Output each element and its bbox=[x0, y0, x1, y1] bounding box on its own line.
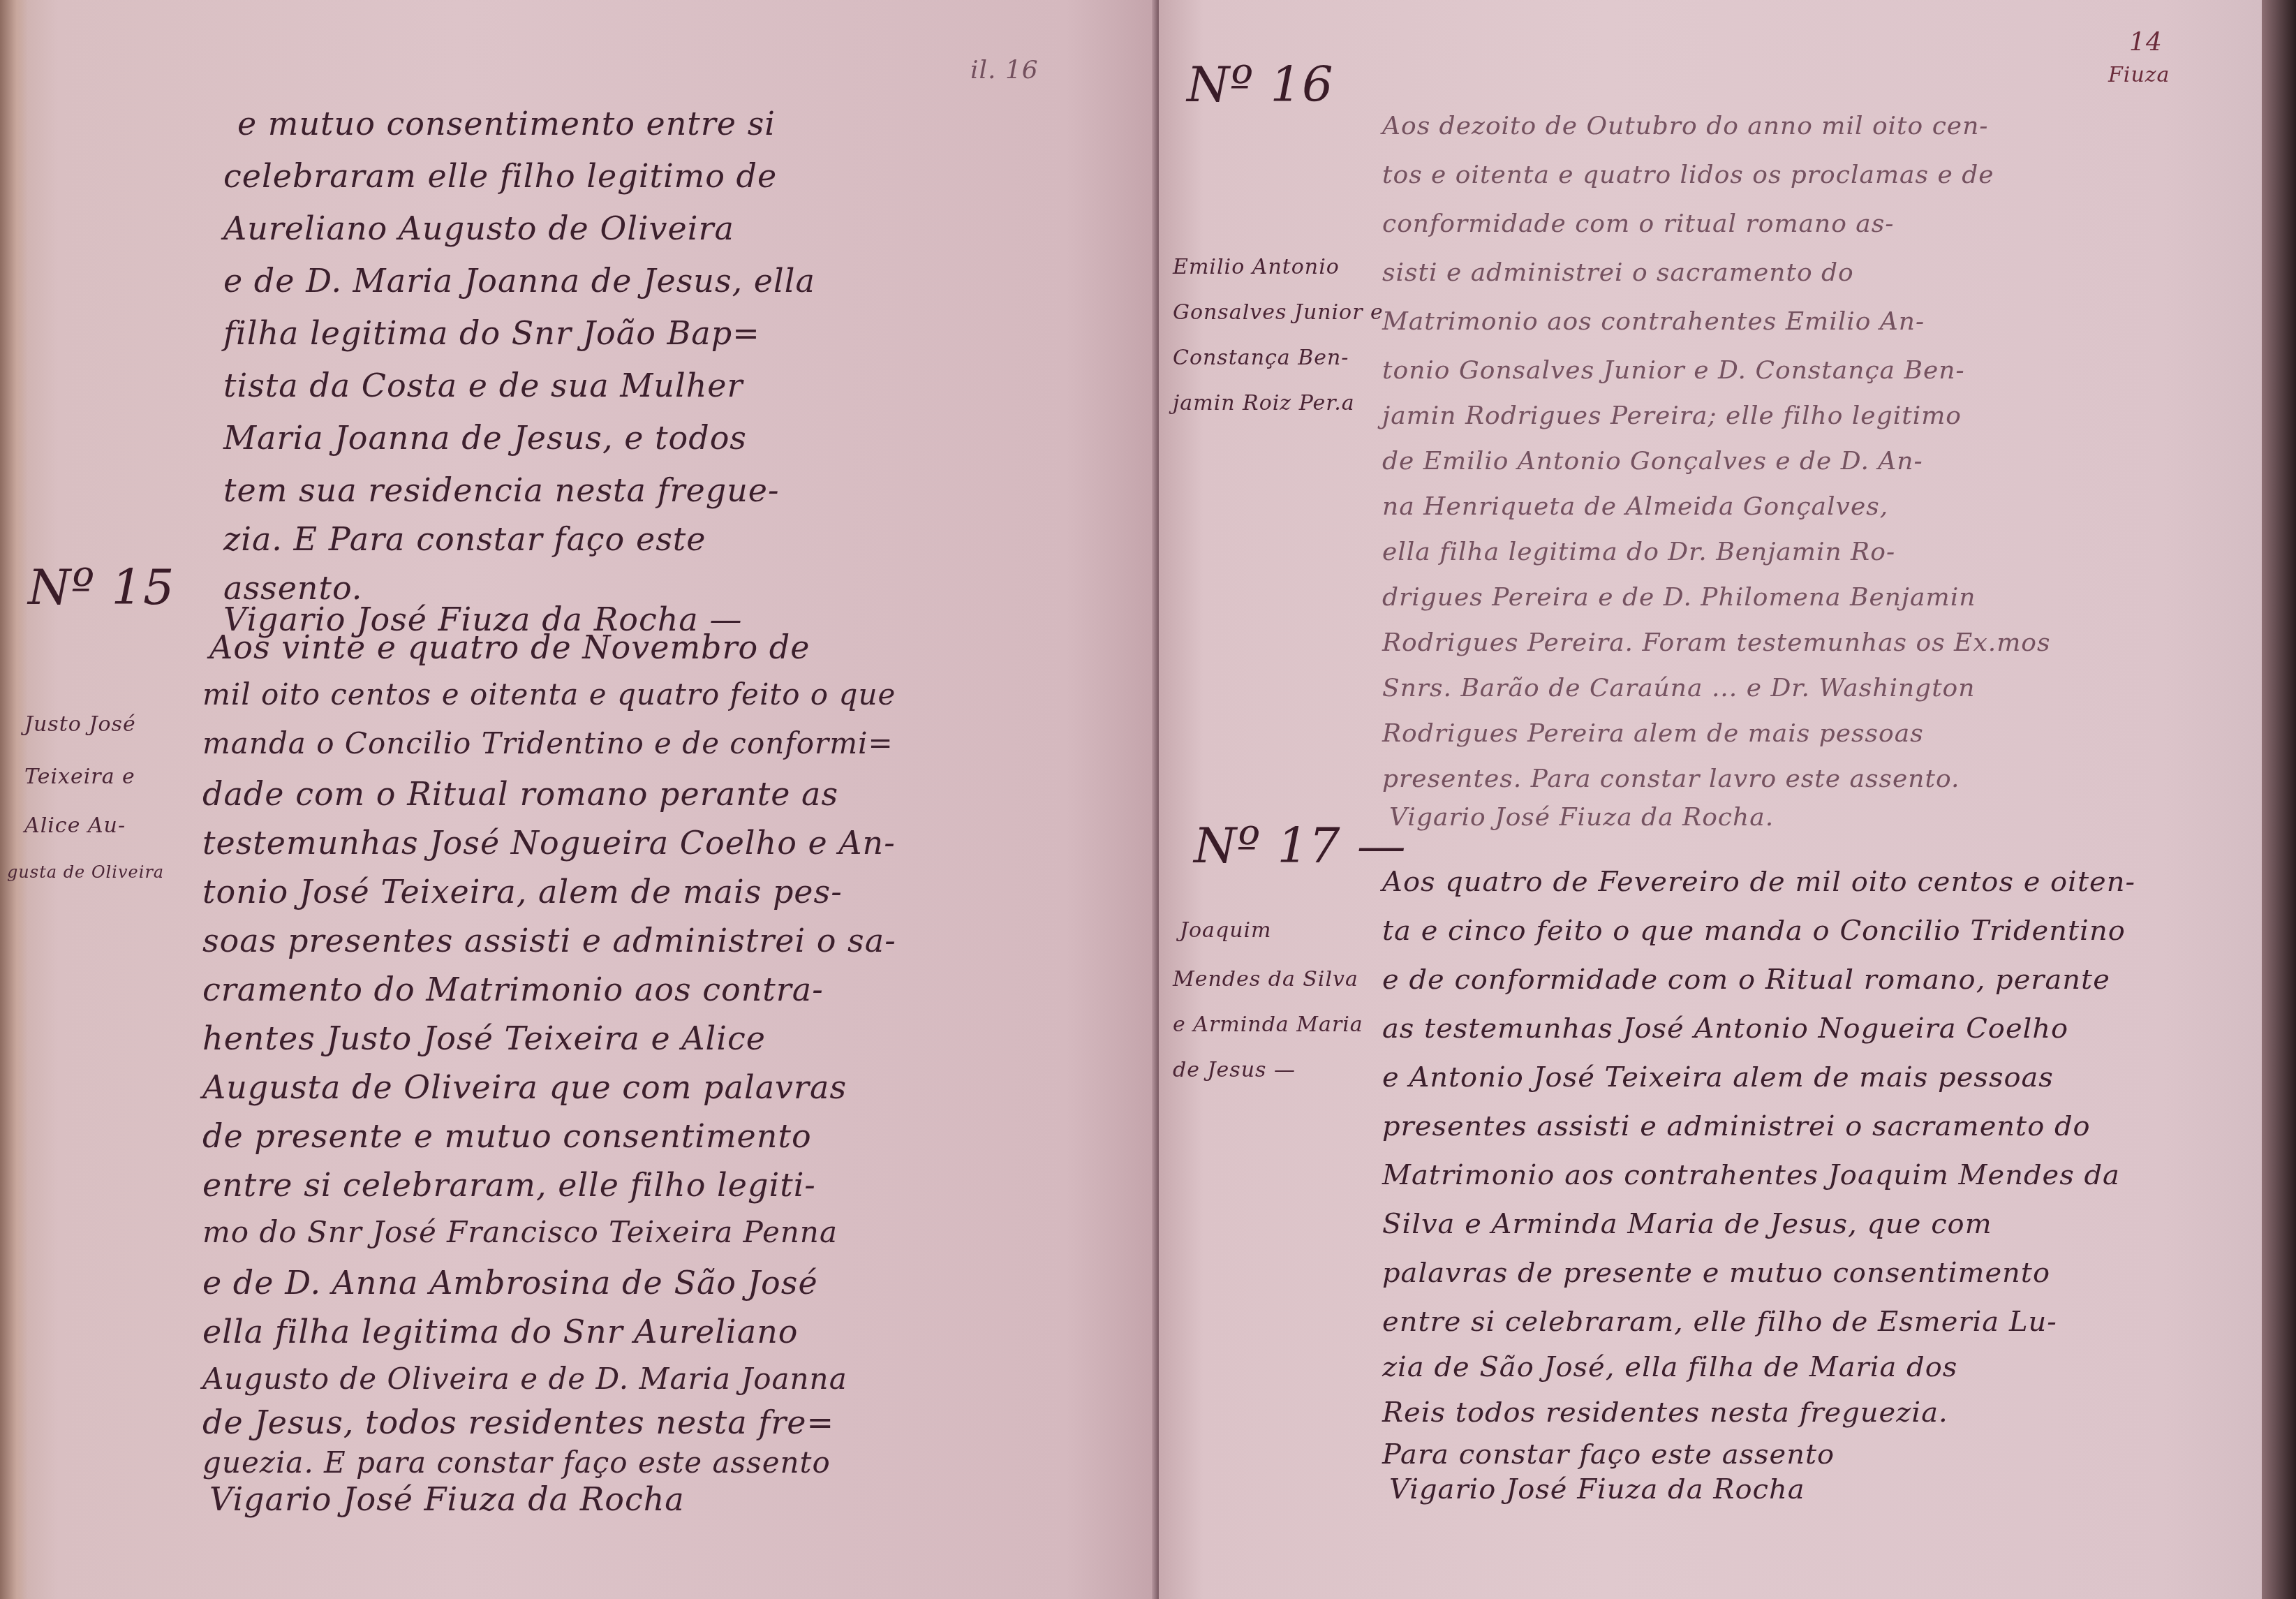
margin-note: Alice Au- bbox=[24, 813, 126, 838]
text-line: de Emilio Antonio Gonçalves e de D. An- bbox=[1382, 447, 1923, 476]
text-line: Aos quatro de Fevereiro de mil oito cent… bbox=[1382, 866, 2135, 898]
text-line: Matrimonio aos contrahentes Joaquim Mend… bbox=[1382, 1159, 2120, 1191]
left-page-edge bbox=[0, 0, 28, 1599]
folio-signature: Fiuza bbox=[2108, 63, 2170, 87]
right-page-edge bbox=[2262, 0, 2296, 1599]
text-line: drigues Pereira e de D. Philomena Benjam… bbox=[1382, 583, 1976, 612]
margin-note: Mendes da Silva bbox=[1173, 967, 1358, 992]
text-line: tem sua residencia nesta fregue- bbox=[223, 471, 780, 509]
text-line: mo do Snr José Francisco Teixeira Penna bbox=[202, 1215, 838, 1249]
margin-note: e Arminda Maria bbox=[1173, 1012, 1363, 1037]
text-line: entre si celebraram, elle filho legiti- bbox=[202, 1166, 816, 1204]
text-line: jamin Rodrigues Pereira; elle filho legi… bbox=[1382, 401, 1962, 430]
text-line: tonio Gonsalves Junior e D. Constança Be… bbox=[1382, 356, 1965, 385]
text-line: Aureliano Augusto de Oliveira bbox=[223, 209, 734, 247]
margin-note: Teixeira e bbox=[24, 765, 135, 789]
text-line: presentes assisti e administrei o sacram… bbox=[1382, 1110, 2091, 1142]
text-line: de presente e mutuo consentimento bbox=[202, 1117, 812, 1155]
text-line: na Henriqueta de Almeida Gonçalves, bbox=[1382, 492, 1888, 521]
text-line: soas presentes assisti e administrei o s… bbox=[202, 922, 896, 959]
text-line: manda o Concilio Tridentino e de conform… bbox=[202, 726, 894, 760]
text-line: Silva e Arminda Maria de Jesus, que com bbox=[1382, 1208, 1992, 1240]
folio-number: 14 bbox=[2129, 28, 2163, 57]
text-line: as testemunhas José Antonio Nogueira Coe… bbox=[1382, 1012, 2068, 1045]
text-line: ella filha legitima do Snr Aureliano bbox=[202, 1313, 799, 1350]
text-line: guezia. E para constar faço este assento bbox=[202, 1445, 831, 1480]
text-line: celebraram elle filho legitimo de bbox=[223, 157, 777, 195]
signature: Vigario José Fiuza da Rocha bbox=[1389, 1473, 1805, 1505]
text-line: hentes Justo José Teixeira e Alice bbox=[202, 1019, 766, 1057]
text-line: de Jesus, todos residentes nesta fre= bbox=[202, 1403, 834, 1441]
entry-number: Nº 15 bbox=[28, 559, 175, 616]
text-line: Aos vinte e quatro de Novembro de bbox=[209, 628, 810, 666]
text-line: Snrs. Barão de Caraúna ... e Dr. Washing… bbox=[1382, 674, 1975, 702]
text-line: Rodrigues Pereira alem de mais pessoas bbox=[1382, 719, 1924, 748]
margin-note: gusta de Oliveira bbox=[7, 862, 164, 882]
text-line: conformidade com o ritual romano as- bbox=[1382, 209, 1894, 238]
margin-note: Gonsalves Junior e bbox=[1173, 300, 1384, 325]
text-line: e Antonio José Teixeira alem de mais pes… bbox=[1382, 1061, 2054, 1093]
text-line: Rodrigues Pereira. Foram testemunhas os … bbox=[1382, 628, 2050, 657]
text-line: cramento do Matrimonio aos contra- bbox=[202, 971, 824, 1008]
text-line: tista da Costa e de sua Mulher bbox=[223, 367, 743, 404]
left-page: il. 16 e mutuo consentimento entre si ce… bbox=[0, 0, 1159, 1599]
text-line: e de conformidade com o Ritual romano, p… bbox=[1382, 964, 2110, 996]
text-line: Augusta de Oliveira que com palavras bbox=[202, 1068, 847, 1106]
text-line: Augusto de Oliveira e de D. Maria Joanna bbox=[202, 1362, 847, 1396]
text-line: Para constar faço este assento bbox=[1382, 1438, 1835, 1471]
text-line: presentes. Para constar lavro este assen… bbox=[1382, 765, 1960, 793]
text-line: e mutuo consentimento entre si bbox=[237, 105, 776, 142]
text-line: ella filha legitima do Dr. Benjamin Ro- bbox=[1382, 538, 1895, 566]
text-line: testemunhas José Nogueira Coelho e An- bbox=[202, 824, 896, 862]
text-line: tonio José Teixeira, alem de mais pes- bbox=[202, 873, 843, 911]
signature: Vigario José Fiuza da Rocha bbox=[209, 1480, 685, 1518]
margin-note: de Jesus — bbox=[1173, 1058, 1296, 1082]
entry-number: Nº 17 — bbox=[1194, 817, 1407, 874]
text-line: e de D. Maria Joanna de Jesus, ella bbox=[223, 262, 815, 300]
text-line: dade com o Ritual romano perante as bbox=[202, 775, 838, 813]
text-line: mil oito centos e oitenta e quatro feito… bbox=[202, 677, 896, 712]
margin-note: Constança Ben- bbox=[1173, 346, 1349, 370]
entry-number: Nº 16 bbox=[1187, 56, 1334, 113]
right-page: 14 Fiuza Nº 16 Emilio Antonio Gonsalves … bbox=[1159, 0, 2276, 1599]
text-line: palavras de presente e mutuo consentimen… bbox=[1382, 1257, 2050, 1289]
margin-note: Emilio Antonio bbox=[1173, 255, 1340, 279]
text-line: Matrimonio aos contrahentes Emilio An- bbox=[1382, 307, 1925, 336]
text-line: Maria Joanna de Jesus, e todos bbox=[223, 419, 747, 457]
text-line: Reis todos residentes nesta freguezia. bbox=[1382, 1397, 1948, 1429]
text-line: tos e oitenta e quatro lidos os proclama… bbox=[1382, 161, 1994, 189]
open-register-book: il. 16 e mutuo consentimento entre si ce… bbox=[0, 0, 2296, 1599]
signature: Vigario José Fiuza da Rocha. bbox=[1389, 803, 1774, 832]
text-line: entre si celebraram, elle filho de Esmer… bbox=[1382, 1306, 2057, 1338]
margin-note: Joaquim bbox=[1180, 918, 1272, 943]
margin-note: jamin Roiz Per.a bbox=[1173, 391, 1355, 415]
text-line: sisti e administrei o sacramento do bbox=[1382, 258, 1854, 287]
text-line: ta e cinco feito o que manda o Concilio … bbox=[1382, 915, 2126, 947]
corner-annotation: il. 16 bbox=[970, 56, 1039, 84]
text-line: zia de São José, ella filha de Maria dos bbox=[1382, 1351, 1957, 1383]
text-line: e de D. Anna Ambrosina de São José bbox=[202, 1264, 818, 1302]
text-line: Aos dezoito de Outubro do anno mil oito … bbox=[1382, 112, 1989, 140]
text-line: filha legitima do Snr João Bap= bbox=[223, 314, 760, 352]
margin-note: Justo José bbox=[24, 712, 136, 737]
text-line: zia. E Para constar faço este bbox=[223, 520, 706, 558]
